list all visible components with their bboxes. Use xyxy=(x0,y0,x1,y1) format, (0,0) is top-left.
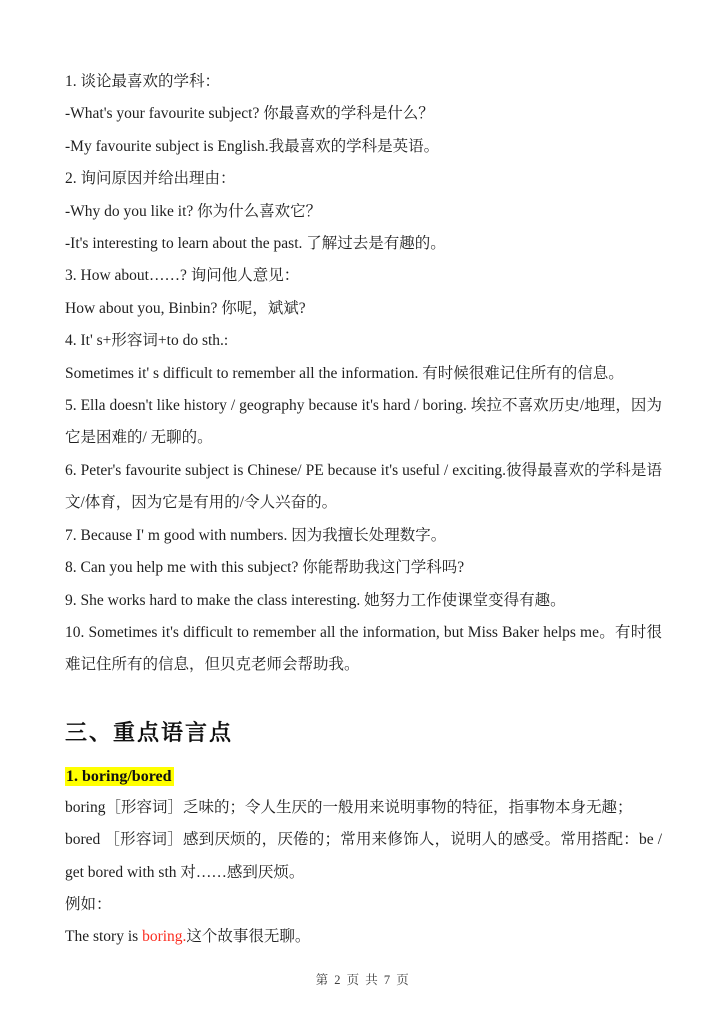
example-red-word: boring. xyxy=(142,928,186,945)
example-prefix: The story is xyxy=(65,928,142,945)
dialogue-question: -Why do you like it? 你为什么喜欢它？ xyxy=(65,196,662,228)
list-item-1: 1. 谈论最喜欢的学科： xyxy=(65,66,662,98)
example-sentence: The story is boring.这个故事很无聊。 xyxy=(65,921,662,953)
dialogue-question: -What's your favourite subject? 你最喜欢的学科是… xyxy=(65,98,662,130)
example-label: 例如： xyxy=(65,889,662,921)
page-number-footer: 第 2 页 共 7 页 xyxy=(0,970,726,988)
key-point-line: 1. boring/bored xyxy=(65,761,662,792)
list-item-9: 9. She works hard to make the class inte… xyxy=(65,585,662,617)
boring-definition: boring［形容词］乏味的；令人生厌的一般用来说明事物的特征，指事物本身无趣； xyxy=(65,792,662,824)
list-item-3: 3. How about……? 询问他人意见： xyxy=(65,260,662,292)
list-item-7: 7. Because I' m good with numbers. 因为我擅长… xyxy=(65,520,662,552)
example-suffix: 这个故事很无聊。 xyxy=(186,928,310,945)
list-item-8: 8. Can you help me with this subject? 你能… xyxy=(65,552,662,584)
bored-definition: bored ［形容词］感到厌烦的，厌倦的；常用来修饰人，说明人的感受。常用搭配：… xyxy=(65,824,662,889)
list-item-6: 6. Peter's favourite subject is Chinese/… xyxy=(65,455,662,520)
list-item-10: 10. Sometimes it's difficult to remember… xyxy=(65,617,662,682)
example-line: Sometimes it' s difficult to remember al… xyxy=(65,358,662,390)
dialogue-answer: -My favourite subject is English.我最喜欢的学科… xyxy=(65,131,662,163)
key-point-title-highlighted: 1. boring/bored xyxy=(65,767,174,786)
dialogue-line: How about you, Binbin? 你呢，斌斌? xyxy=(65,293,662,325)
document-page: 1. 谈论最喜欢的学科： -What's your favourite subj… xyxy=(0,0,726,1024)
list-item-4: 4. It' s+形容词+to do sth.: xyxy=(65,325,662,357)
section-heading: 三、重点语言点 xyxy=(65,718,662,748)
list-item-5: 5. Ella doesn't like history / geography… xyxy=(65,390,662,455)
list-item-2: 2. 询问原因并给出理由： xyxy=(65,163,662,195)
dialogue-answer: -It's interesting to learn about the pas… xyxy=(65,228,662,260)
